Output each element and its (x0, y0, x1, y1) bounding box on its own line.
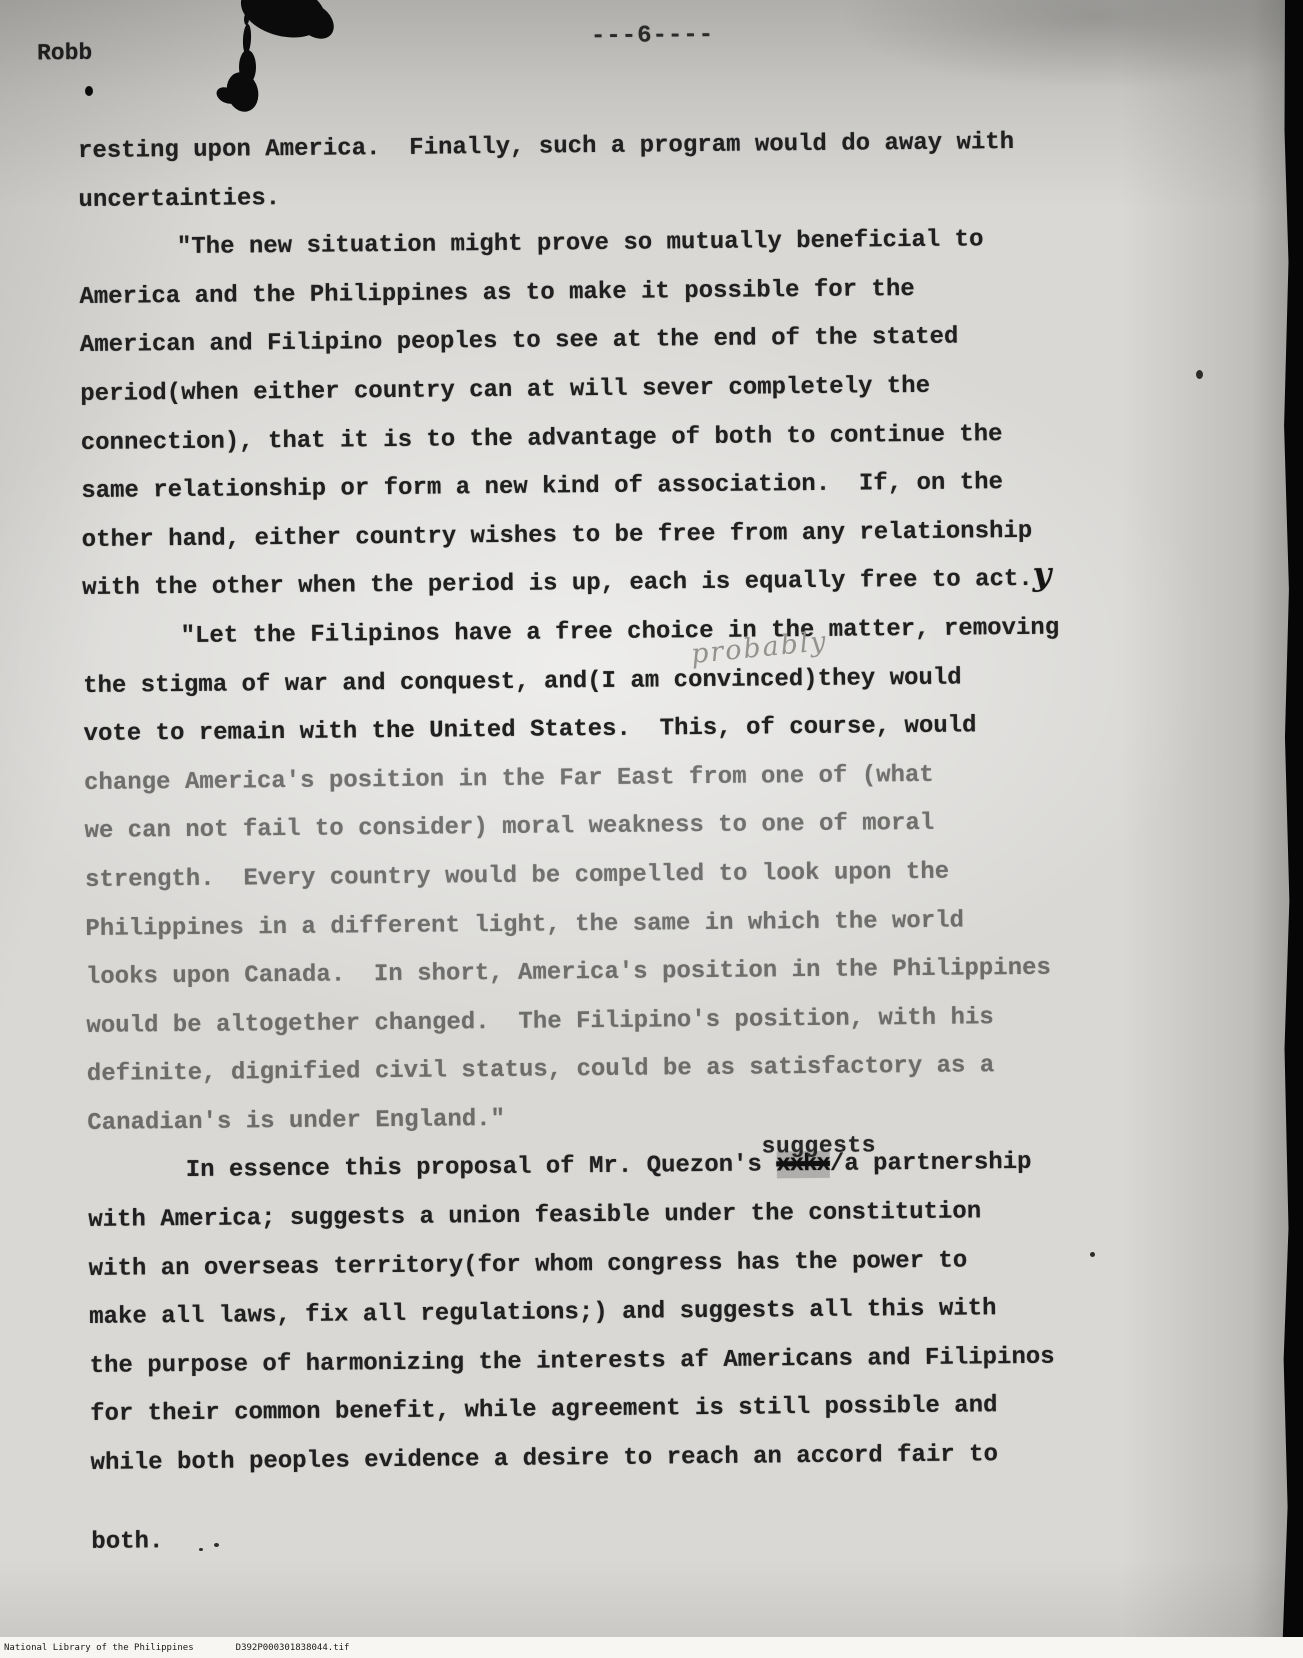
line-text: looks upon Canada. In short, America's p… (86, 955, 1051, 991)
typed-insert-annotation: suggests (761, 1132, 876, 1159)
author-header: Robb (37, 40, 92, 67)
text-line: both. (91, 1507, 1251, 1567)
typewritten-content: Robb ---6---- resting upon America. Fina… (0, 0, 1274, 1601)
scanned-document-page: Robb ---6---- resting upon America. Fina… (0, 0, 1303, 1658)
line-text: period(when either country can at will s… (80, 373, 930, 408)
line-text: we can not fail to consider) moral weakn… (84, 810, 934, 845)
line-text: both. (91, 1528, 163, 1556)
line-text: same relationship or form a new kind of … (81, 469, 1003, 505)
annotations-layer: probablysuggests (0, 0, 1259, 1)
line-text: while both peoples evidence a desire to … (90, 1441, 998, 1477)
page-number: ---6---- (591, 22, 714, 50)
handwritten-mark: y (1032, 555, 1051, 593)
line-text: Philippines in a different light, the sa… (85, 907, 964, 942)
line-text: the purpose of harmonizing the interests… (90, 1344, 1055, 1380)
line-text: connection), that it is to the advantage… (81, 421, 1003, 457)
line-text: American and Filipino peoples to see at … (80, 324, 959, 359)
text-line: while both peoples evidence a desire to … (90, 1429, 1250, 1489)
line-text: "Let the Filipinos have a free choice in… (181, 615, 1060, 650)
document-body: resting upon America. Finally, such a pr… (78, 117, 1252, 1567)
library-name: National Library of the Philippines (4, 1643, 194, 1653)
line-text: other hand, either country wishes to be … (82, 518, 1033, 554)
line-text: "The new situation might prove so mutual… (177, 227, 984, 262)
line-text: resting upon America. Finally, such a pr… (78, 129, 1014, 165)
line-text: In essence this proposal of Mr. Quezon's (186, 1152, 777, 1185)
line-text: for their common benefit, while agreemen… (90, 1393, 998, 1429)
line-text: with America; suggests a union feasible … (88, 1198, 981, 1234)
line-text: strength. Every country would be compell… (85, 859, 949, 894)
scan-footer-bar: National Library of the Philippines D392… (0, 1637, 1303, 1658)
line-text: would be altogether changed. The Filipin… (86, 1004, 994, 1040)
line-text: definite, dignified civil status, could … (87, 1053, 995, 1089)
line-text: change America's position in the Far Eas… (84, 762, 934, 797)
scan-filename: D392P000301838044.tif (236, 1643, 350, 1653)
line-text: uncertainties. (78, 185, 280, 214)
line-text: vote to remain with the United States. T… (83, 713, 976, 749)
line-text: with the other when the period is up, ea… (82, 566, 1033, 602)
line-text: the stigma of war and conquest, and(I am… (83, 664, 962, 699)
line-text: make all laws, fix all regulations;) and… (89, 1295, 997, 1331)
line-text: America and the Philippines as to make i… (79, 276, 915, 311)
line-text: Canadian's is under England." (87, 1106, 505, 1137)
line-text: with an overseas territory(for whom cong… (89, 1247, 968, 1282)
